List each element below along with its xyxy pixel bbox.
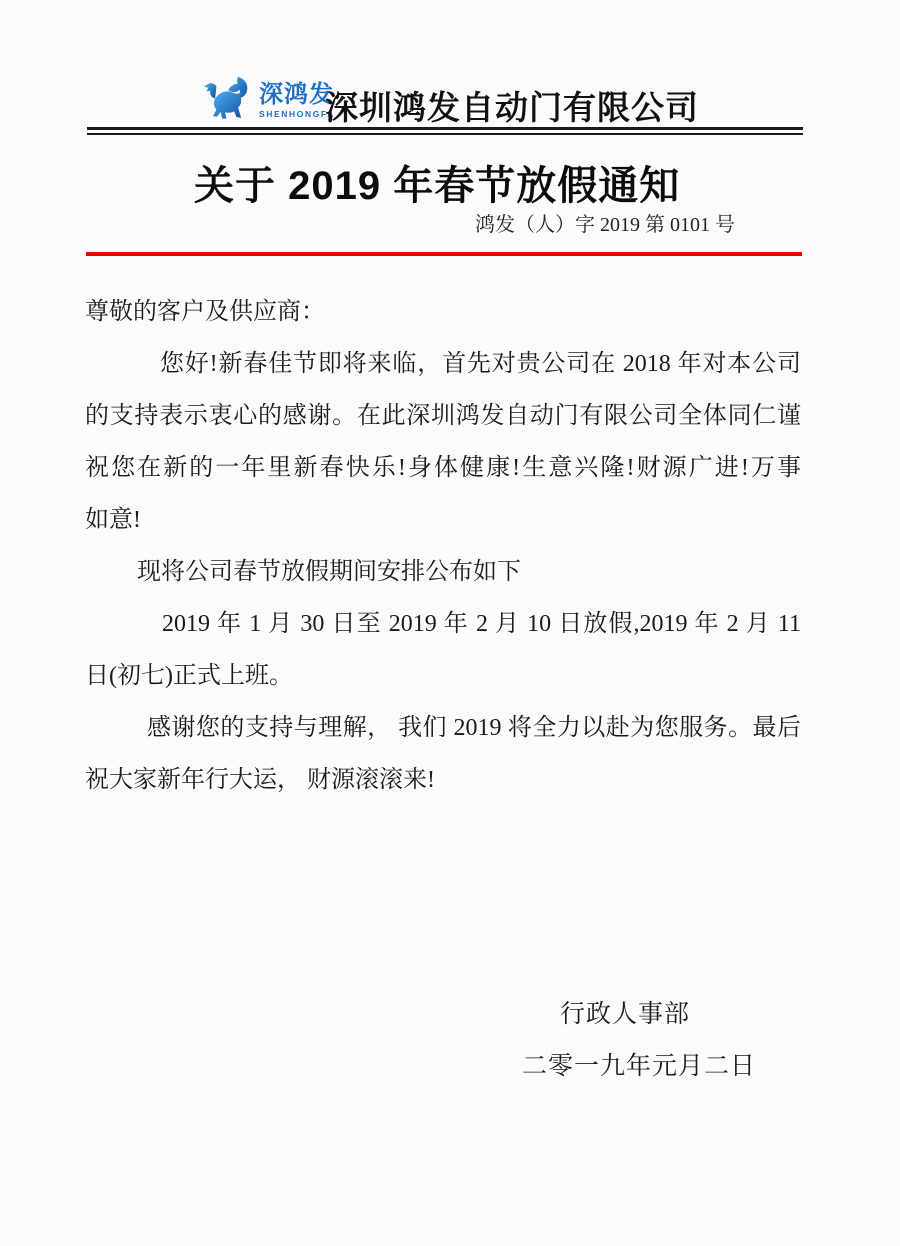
company-name: 深圳鸿发自动门有限公司	[325, 82, 699, 129]
notice-title: 关于 2019 年春节放假通知	[194, 154, 680, 211]
document-number: 鸿发（人）字 2019 第 0101 号	[400, 208, 735, 237]
red-divider-rule	[86, 252, 802, 256]
header-double-rule	[87, 127, 803, 135]
letter-page: 深鸿发 SHENHONGFA 深圳鸿发自动门有限公司 关于 2019 年春节放假…	[0, 0, 900, 1246]
salutation-line: 尊敬的客户及供应商：	[85, 286, 801, 338]
signature-department: 行政人事部	[560, 994, 690, 1030]
company-logo: 深鸿发 SHENHONGFA	[203, 74, 335, 128]
body-line: 日(初七)正式上班。	[85, 650, 801, 702]
body-line: 的支持表示衷心的感谢。在此深圳鸿发自动门有限公司全体同仁谨	[85, 390, 801, 442]
signature-date: 二零一九年元月二日	[522, 1046, 756, 1082]
letter-body: 尊敬的客户及供应商： 您好!新春佳节即将来临，首先对贵公司在 2018 年对本公…	[85, 286, 801, 806]
logo-name-en: SHENHONGFA	[259, 110, 335, 119]
body-line: 祝大家新年行大运， 财源滚滚来!	[85, 754, 801, 806]
body-line: 感谢您的支持与理解， 我们 2019 将全力以赴为您服务。最后	[85, 702, 801, 754]
body-line: 如意!	[85, 494, 801, 546]
lion-logo-icon	[203, 74, 255, 128]
body-line: 现将公司春节放假期间安排公布如下	[85, 546, 801, 598]
body-line: 您好!新春佳节即将来临，首先对贵公司在 2018 年对本公司	[85, 338, 801, 390]
body-line: 2019 年 1 月 30 日至 2019 年 2 月 10 日放假,2019 …	[85, 598, 801, 650]
logo-name-cn: 深鸿发	[259, 83, 335, 107]
body-line: 祝您在新的一年里新春快乐!身体健康!生意兴隆!财源广进!万事	[85, 442, 801, 494]
